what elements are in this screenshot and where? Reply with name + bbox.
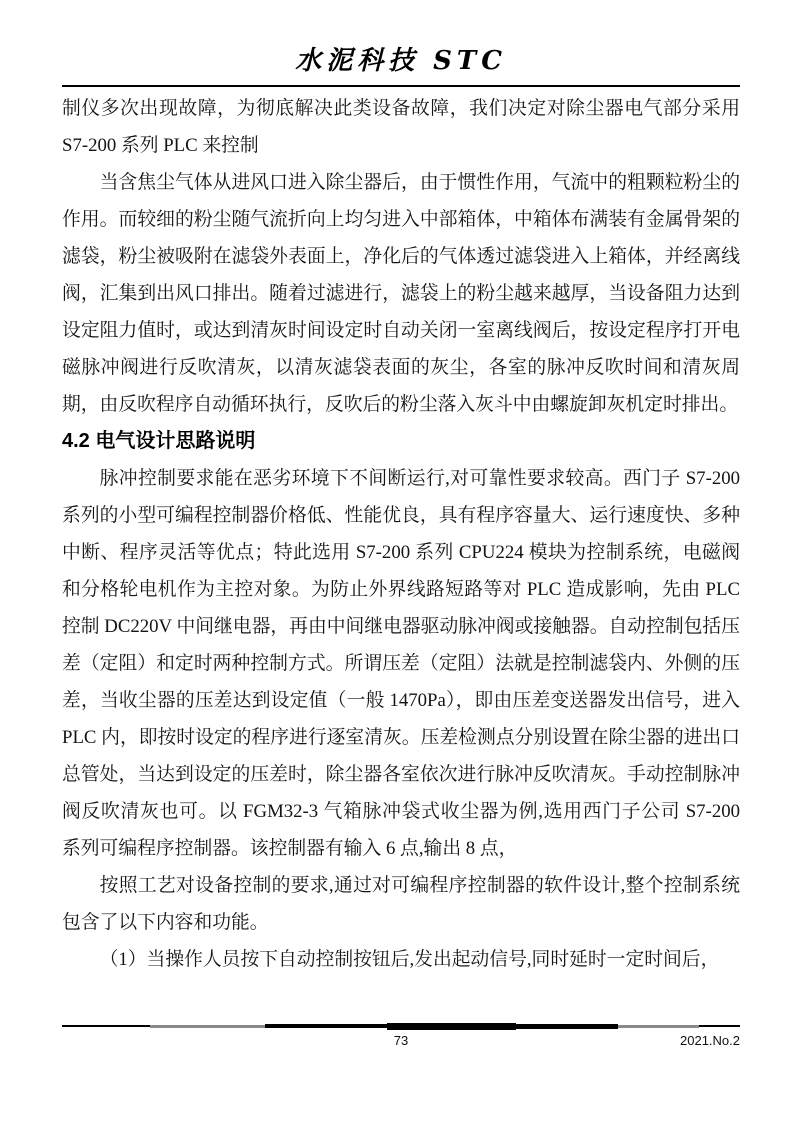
rule-segment	[618, 1025, 699, 1028]
paragraph-dust-collection-process: 当含焦尘气体从进风口进入除尘器后，由于惯性作用，气流中的粗颗粒粉尘的作用。而较细…	[62, 164, 740, 423]
footer-row: 73 2021.No.2	[62, 1033, 740, 1051]
article-body: 制仪多次出现故障，为彻底解决此类设备故障，我们决定对除尘器电气部分采用 S7-2…	[62, 90, 740, 978]
footer-decorative-rule	[62, 1022, 740, 1030]
page-footer: 73 2021.No.2	[62, 1022, 740, 1051]
journal-title: 水泥科技 STC	[295, 46, 507, 76]
paragraph-software-design: 按照工艺对设备控制的要求,通过对可编程序控制器的软件设计,整个控制系统包含了以下…	[62, 867, 740, 941]
issue-number: 2021.No.2	[680, 1033, 740, 1048]
paragraph-function-item-1: （1）当操作人员按下自动控制按钮后,发出起动信号,同时延时一定时间后，	[62, 941, 740, 978]
paragraph-intro-continued: 制仪多次出现故障，为彻底解决此类设备故障，我们决定对除尘器电气部分采用 S7-2…	[62, 90, 740, 164]
journal-header: 水泥科技 STC	[62, 0, 740, 87]
document-page: 水泥科技 STC 制仪多次出现故障，为彻底解决此类设备故障，我们决定对除尘器电气…	[0, 0, 793, 1122]
page-number: 73	[62, 1033, 740, 1048]
rule-segment	[699, 1025, 740, 1027]
paragraph-electrical-design: 脉冲控制要求能在恶劣环境下不间断运行,对可靠性要求较高。西门子 S7-200 系…	[62, 460, 740, 867]
section-heading-4-2: 4.2 电气设计思路说明	[62, 423, 740, 460]
rule-segment	[516, 1024, 618, 1029]
rule-segment	[150, 1025, 265, 1028]
rule-segment	[62, 1025, 150, 1027]
rule-segment	[265, 1024, 387, 1028]
rule-segment	[387, 1023, 516, 1030]
page-content: 水泥科技 STC 制仪多次出现故障，为彻底解决此类设备故障，我们决定对除尘器电气…	[62, 0, 740, 978]
